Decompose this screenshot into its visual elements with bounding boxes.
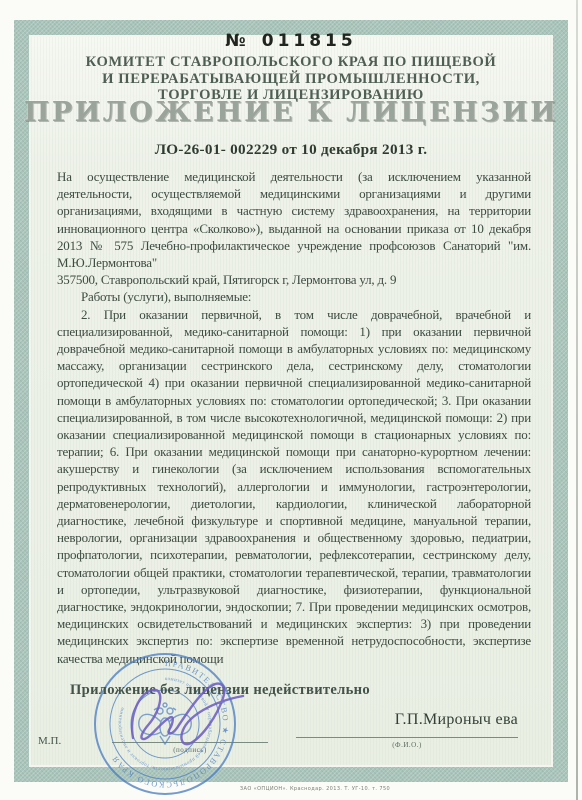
name-caption: (Ф.И.О.) <box>296 741 518 749</box>
number-digits: 011815 <box>262 31 357 51</box>
document-body: На осуществление медицинской деятельност… <box>57 168 531 667</box>
license-number-line: ЛО-26-01- 002229 от 10 декабря 2013 г. <box>0 141 582 159</box>
number-sign: № <box>225 31 245 51</box>
authority-line-1: КОМИТЕТ СТАВРОПОЛЬСКОГО КРАЯ ПО ПИЩЕВОЙ <box>30 54 552 71</box>
seal-mark-label: М.П. <box>38 735 61 747</box>
grant-paragraph: На осуществление медицинской деятельност… <box>57 168 531 271</box>
document-number: №011815 <box>0 31 582 51</box>
license-appendix-document: №011815 КОМИТЕТ СТАВРОПОЛЬСКОГО КРАЯ ПО … <box>0 0 582 800</box>
name-line <box>296 737 518 738</box>
document-title: ПРИЛОЖЕНИЕ К ЛИЦЕНЗИИ <box>0 97 582 128</box>
works-paragraph: 2. При оказании первичной, в том числе д… <box>57 306 531 667</box>
signee-name: Г.П.Мироныч ева <box>296 711 518 729</box>
authority-line-2: И ПЕРЕРАБАТЫВАЮЩЕЙ ПРОМЫШЛЕННОСТИ, <box>30 71 552 88</box>
handwritten-signature <box>115 666 285 761</box>
address-line: 357500, Ставропольский край, Пятигорск г… <box>57 271 531 288</box>
works-label: Работы (услуги), выполняемые: <box>57 288 531 305</box>
